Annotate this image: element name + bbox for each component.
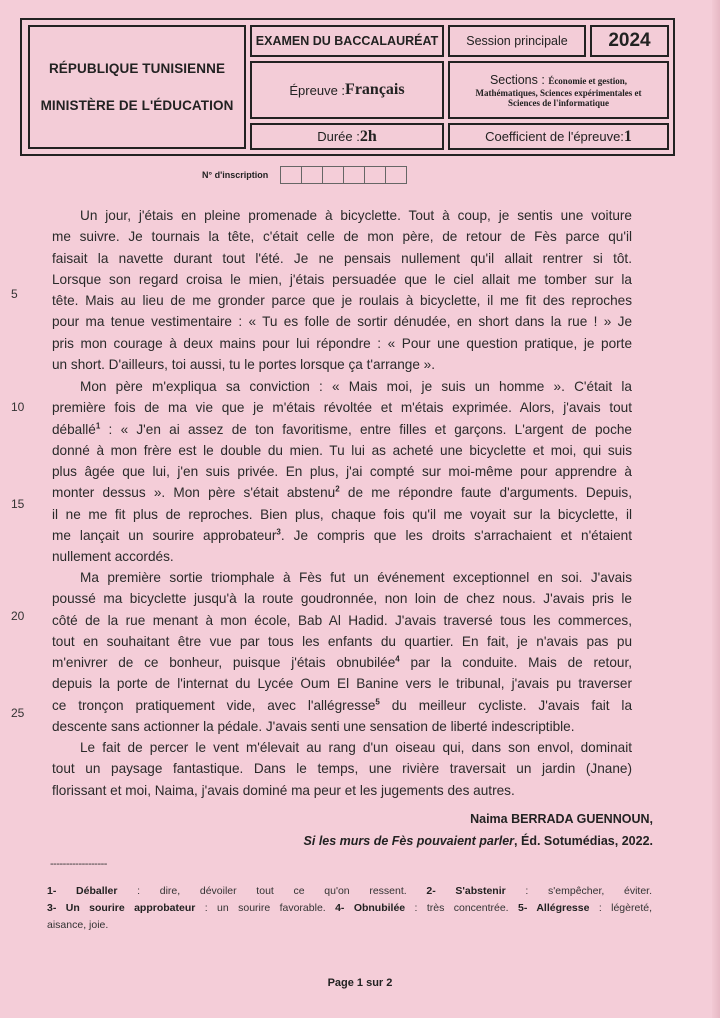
paragraph-1: Un jour, j'étais en pleine promenade à b…	[52, 205, 632, 375]
sections-box: Sections : Économie et gestion, Mathémat…	[448, 61, 669, 119]
text-line: tout en souhaitant être vue par tous les…	[52, 631, 632, 652]
ministry-name: MINISTÈRE DE L'ÉDUCATION	[41, 98, 234, 113]
text-line: tout un paysage fantastique. Dans le tem…	[52, 758, 632, 779]
footnote-line: aisance, joie.	[47, 917, 652, 934]
registration-cell[interactable]	[386, 167, 406, 183]
text-line: il ne me fit plus de reproches. Bien plu…	[52, 504, 632, 525]
registration-cell[interactable]	[344, 167, 365, 183]
country-name: RÉPUBLIQUE TUNISIENNE	[49, 61, 225, 76]
source-title: Si les murs de Fès pouvaient parler	[304, 834, 515, 848]
coefficient-label: Coefficient de l'épreuve:	[485, 129, 624, 144]
registration-cell[interactable]	[281, 167, 302, 183]
text-line: faisait la navette durant tout l'été. Je…	[52, 248, 632, 269]
registration-cell[interactable]	[302, 167, 323, 183]
source-reference: Si les murs de Fès pouvaient parler, Éd.…	[304, 834, 653, 848]
duration-box: Durée : 2h	[250, 123, 444, 150]
text-line: déballé1 : « J'en ai assez de ton favori…	[52, 419, 632, 440]
text-line: pour ma tenue vestimentaire : « Tu es fo…	[52, 311, 632, 332]
source-author: Naima BERRADA GUENNOUN,	[470, 812, 653, 826]
footnote-term: Obnubilée	[354, 902, 405, 914]
duration-value: 2h	[360, 128, 377, 146]
line-number: 15	[11, 497, 24, 511]
line-number: 5	[11, 287, 18, 301]
line-number: 20	[11, 609, 24, 623]
registration-cell[interactable]	[323, 167, 344, 183]
footnote-line: 1- Déballer : dire, dévoiler tout ce qu'…	[47, 883, 652, 900]
sections-line-1: Économie et gestion,	[548, 76, 627, 86]
registration-label: N° d'inscription	[202, 170, 268, 180]
footnote-term: Un sourire approbateur	[66, 902, 196, 914]
text-line: côté de la rue menant à mon école, Bab A…	[52, 610, 632, 631]
source-publisher: , Éd. Sotumédias, 2022.	[514, 834, 653, 848]
text-line: m'enivrer de ce bonheur, puisque j'étais…	[52, 652, 632, 673]
exam-header: RÉPUBLIQUE TUNISIENNE MINISTÈRE DE L'ÉDU…	[20, 18, 675, 156]
issuer-box: RÉPUBLIQUE TUNISIENNE MINISTÈRE DE L'ÉDU…	[28, 25, 246, 149]
paragraph-4: Le fait de percer le vent m'élevait au r…	[52, 737, 632, 801]
text-line: Le fait de percer le vent m'élevait au r…	[52, 737, 632, 758]
footnote-term: Déballer	[76, 885, 117, 897]
text-line: plus âgée que lui, j'en suis privée. En …	[52, 461, 632, 482]
subject-label: Épreuve :	[289, 83, 345, 98]
text-line: Ma première sortie triomphale à Fès fut …	[52, 567, 632, 588]
exam-year: 2024	[590, 25, 669, 57]
sections-line-3: Sciences de l'informatique	[508, 99, 609, 109]
text-line: donné à mon frère est le double du mien.…	[52, 440, 632, 461]
footnotes: 1- Déballer : dire, dévoiler tout ce qu'…	[47, 883, 652, 934]
page-edge-shadow	[712, 0, 720, 1018]
sections-label: Sections :	[490, 73, 548, 87]
coefficient-box: Coefficient de l'épreuve: 1	[448, 123, 669, 150]
page-number: Page 1 sur 2	[0, 977, 720, 989]
text-line: première fois de ma vie que je m'étais r…	[52, 397, 632, 418]
footnote-line: 3- Un sourire approbateur : un sourire f…	[47, 900, 652, 917]
text-line: Lorsque son regard croisa le mien, j'éta…	[52, 269, 632, 290]
text-line: un short. D'ailleurs, toi aussi, tu le p…	[52, 354, 632, 375]
footnote-term: Allégresse	[536, 902, 589, 914]
text-line: depuis la porte de l'internat du Lycée O…	[52, 673, 632, 694]
text-line: me lançait un sourire approbateur3. Je c…	[52, 525, 632, 546]
text-line: nullement accordés.	[52, 546, 632, 567]
text-line: Un jour, j'étais en pleine promenade à b…	[52, 205, 632, 226]
text-line: monter dessus ». Mon père s'était absten…	[52, 482, 632, 503]
footnote-separator: ------------------	[50, 858, 107, 870]
paragraph-3: Ma première sortie triomphale à Fès fut …	[52, 567, 632, 737]
registration-number: N° d'inscription	[202, 166, 407, 184]
text-line: Mon père m'expliqua sa conviction : « Ma…	[52, 376, 632, 397]
subject-value: Français	[345, 81, 405, 99]
registration-cell[interactable]	[365, 167, 386, 183]
text-line: me suivre. Je tournais la tête, c'était …	[52, 226, 632, 247]
coefficient-value: 1	[624, 128, 632, 146]
exam-title: EXAMEN DU BACCALAURÉAT	[250, 25, 444, 57]
subject-box: Épreuve : Français	[250, 61, 444, 119]
registration-cells[interactable]	[280, 166, 407, 184]
text-line: poussé ma bicyclette jusqu'à la route go…	[52, 588, 632, 609]
text-line: ce tronçon pratiquement vide, avec l'all…	[52, 695, 632, 716]
text-line: descente sans actionner la pédale. J'ava…	[52, 716, 632, 737]
paragraph-2: Mon père m'expliqua sa conviction : « Ma…	[52, 376, 632, 568]
line-number: 25	[11, 706, 24, 720]
text-line: florissant et moi, Naima, j'avais dominé…	[52, 780, 632, 801]
session-label: Session principale	[448, 25, 586, 57]
text-line: tête. Mais au lieu de me gronder parce q…	[52, 290, 632, 311]
footnote-term: S'abstenir	[455, 885, 505, 897]
line-number: 10	[11, 400, 24, 414]
duration-label: Durée :	[317, 129, 360, 144]
text-line: pris mon courage à deux mains pour lui r…	[52, 333, 632, 354]
